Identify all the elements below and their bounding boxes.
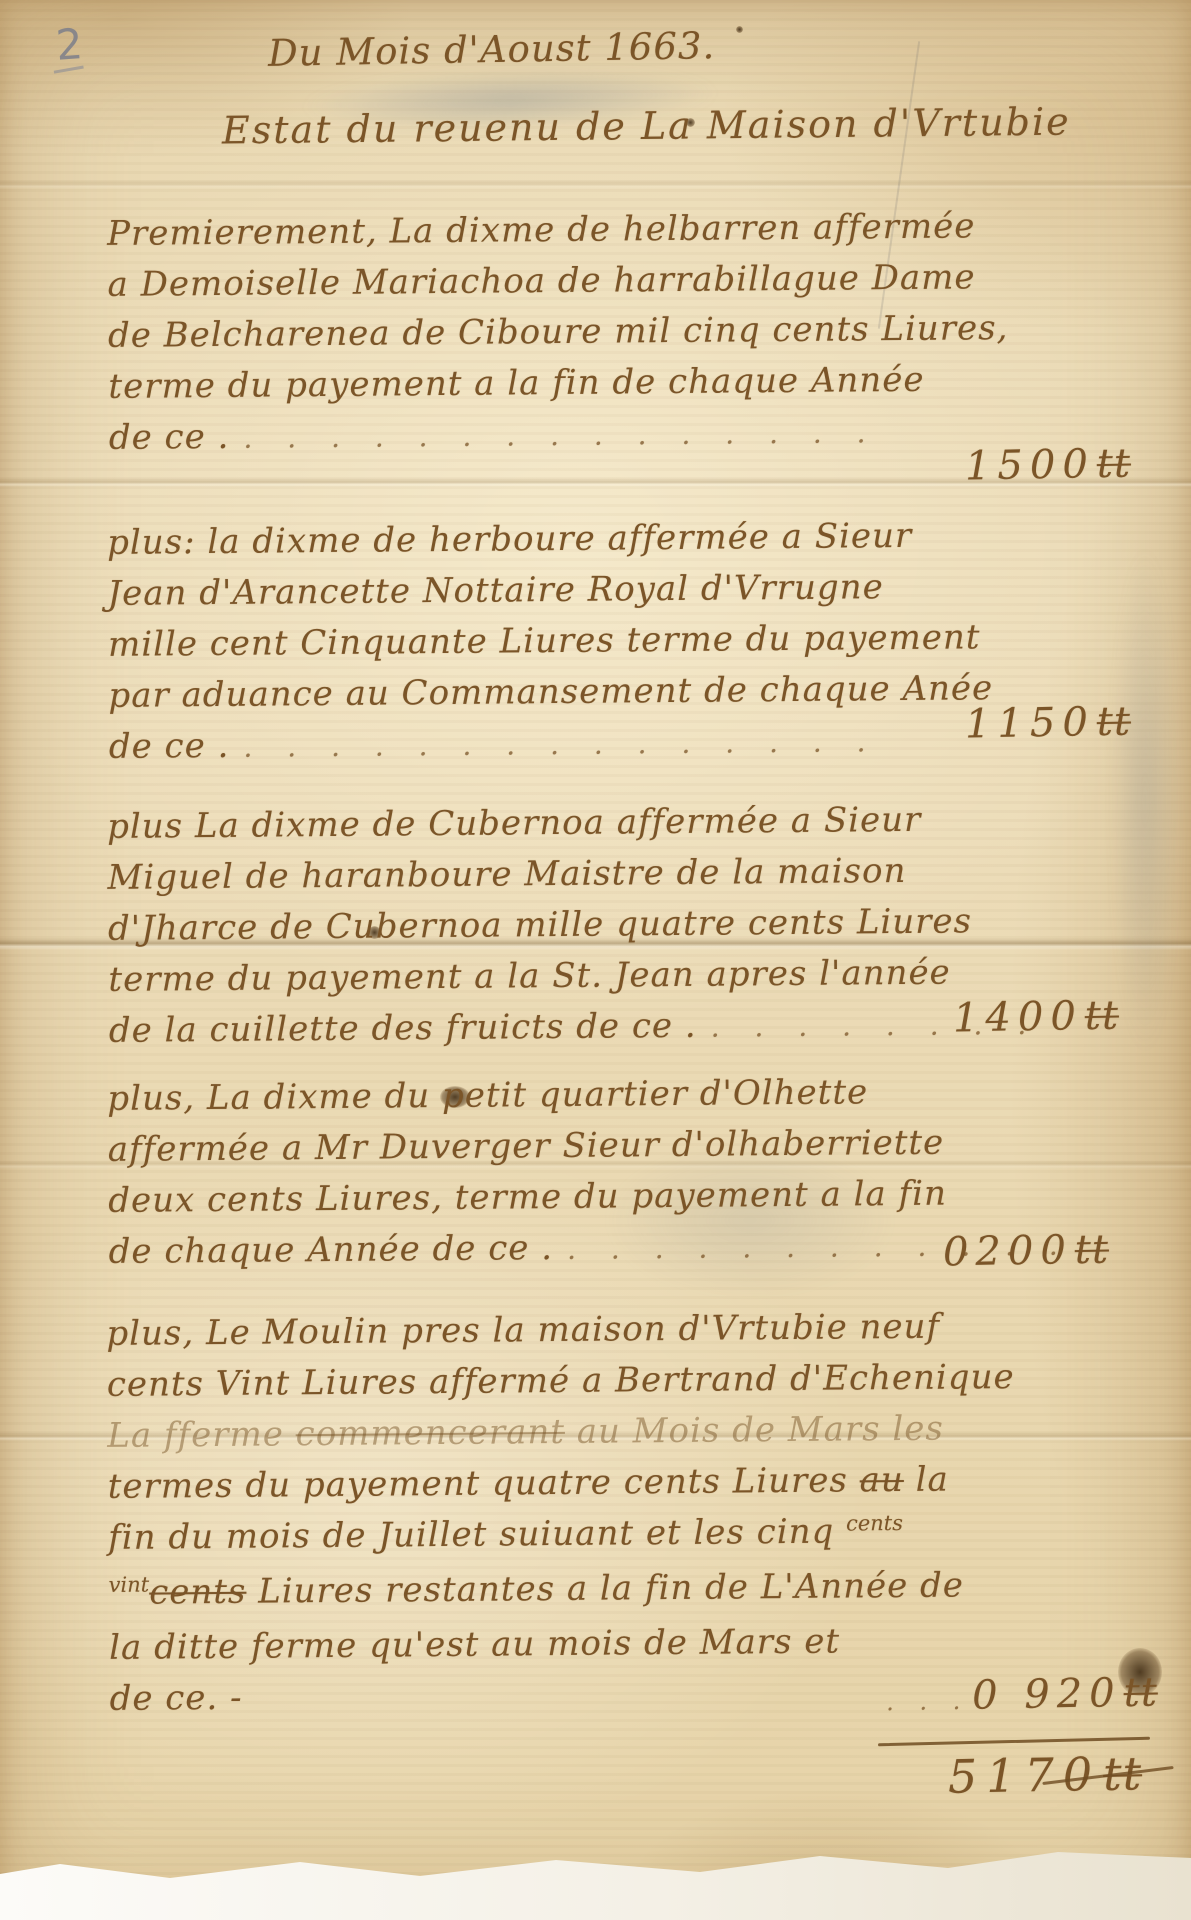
manuscript-line: Premierement, La dixme de helbarren affe… [107, 201, 1007, 260]
header-date: Du Mois d'Aoust 1663. [268, 24, 716, 75]
ink-speck [736, 26, 743, 33]
dot-leader: . . . . . . . . . . . . . . . [243, 416, 867, 454]
struck-word: cents [149, 1572, 247, 1613]
manuscript-line: cents Vint Liures affermé a Bertrand d'E… [107, 1352, 1007, 1411]
manuscript-line: plus La dixme de Cubernoa affermée a Sie… [107, 794, 1007, 853]
superscript-word: vint [109, 1573, 150, 1597]
amount-value: 1150 [965, 699, 1096, 747]
manuscript-line: d'Jharce de Cubernoa mille quatre cents … [108, 896, 1008, 955]
amount-value: 5170 [948, 1747, 1102, 1804]
amount-value: 1400 [953, 993, 1084, 1041]
line-text: La fferme [107, 1414, 296, 1456]
revenue-entry-3: plus La dixme de Cubernoa affermée a Sie… [107, 794, 1009, 1058]
subtotal-amount: . . .0 920tt [872, 1670, 1159, 1721]
struck-word: au [860, 1460, 905, 1500]
manuscript-line: mille cent Cinquante Liures terme du pay… [108, 612, 1008, 671]
manuscript-line: plus, La dixme du petit quartier d'Olhet… [107, 1066, 1007, 1125]
manuscript-line: terme du payement a la fin de chaque Ann… [108, 354, 1008, 413]
livre-unit: tt [1096, 441, 1131, 488]
revenue-entry-4: plus, La dixme du petit quartier d'Olhet… [107, 1066, 1009, 1279]
manuscript-line: Jean d'Arancette Nottaire Royal d'Vrrugn… [107, 561, 1007, 620]
manuscript-line: de la cuillette des fruicts de ce .. . .… [109, 998, 1009, 1058]
line-text: de la cuillette des fruicts de ce . [109, 1006, 697, 1051]
manuscript-scan: 2 Du Mois d'Aoust 1663. Estat du reuenu … [0, 0, 1191, 1920]
line-text: au Mois de Mars les [565, 1409, 944, 1452]
manuscript-line: de ce .. . . . . . . . . . . . . . . [109, 405, 1009, 465]
pencil-page-number: 2 [54, 19, 84, 70]
line-text: Liures restantes a la fin de L'Année de [246, 1565, 964, 1611]
dot-leader: . . . . . . . . . . . . . . . [243, 725, 867, 763]
manuscript-line: par aduance au Commansement de chaque An… [108, 663, 1008, 722]
manuscript-line: Miguel de haranboure Maistre de la maiso… [107, 845, 1007, 904]
manuscript-line: deux cents Liures, terme du payement a l… [108, 1168, 1008, 1227]
manuscript-line: de Belcharenea de Ciboure mil cinq cents… [108, 303, 1008, 362]
entry-amount-3: 1400tt [953, 993, 1120, 1042]
document-title: Estat du reuenu de La Maison d'Vrtubie [222, 100, 1071, 153]
manuscript-line: la ditte ferme qu'est au mois de Mars et [109, 1615, 1009, 1674]
line-text: de ce . [109, 417, 230, 458]
line-text: termes du payement quatre cents Liures [108, 1460, 860, 1507]
livre-unit: tt [1074, 1227, 1109, 1274]
revenue-entry-1: Premierement, La dixme de helbarren affe… [107, 201, 1009, 465]
amount-value: 0 920 [972, 1670, 1122, 1719]
amount-value: 0200 [943, 1227, 1074, 1275]
revenue-entry-2: plus: la dixme de herboure affermée a Si… [107, 510, 1009, 774]
livre-unit: tt [1096, 699, 1131, 746]
manuscript-line: termes du payement quatre cents Liures a… [108, 1454, 1008, 1513]
manuscript-line: terme du payement a la St. Jean apres l'… [108, 947, 1008, 1006]
superscript-word: cents [846, 1511, 903, 1535]
entry-amount-2: 1150tt [965, 699, 1132, 748]
line-text: de ce . [109, 726, 230, 767]
livre-unit: tt [1123, 1670, 1158, 1717]
manuscript-line: plus: la dixme de herboure affermée a Si… [107, 510, 1007, 569]
revenue-entry-5: plus, Le Moulin pres la maison d'Vrtubie… [106, 1301, 1010, 1725]
line-text: de chaque Année de ce . [109, 1228, 554, 1272]
dot-leader: . . . [886, 1687, 963, 1716]
entry-amount-1: 1500tt [965, 441, 1132, 490]
line-text: la [904, 1460, 949, 1500]
manuscript-line: plus, Le Moulin pres la maison d'Vrtubie… [106, 1301, 1006, 1360]
manuscript-line: de ce .. . . . . . . . . . . . . . . [109, 714, 1009, 774]
manuscript-line: fin du mois de Juillet suiuant et les ci… [108, 1505, 1008, 1568]
manuscript-line: affermée a Mr Duverger Sieur d'olhaberri… [108, 1117, 1008, 1176]
bleedthrough-smudge [1110, 540, 1180, 1060]
manuscript-line: vintcents Liures restantes a la fin de L… [108, 1560, 1008, 1623]
manuscript-line-faded: La fferme commencerant au Mois de Mars l… [107, 1403, 1007, 1462]
line-text: fin du mois de Juillet suiuant et les ci… [108, 1511, 846, 1557]
livre-unit: tt [1084, 993, 1119, 1040]
entry-amount-4: 0200tt [943, 1227, 1110, 1276]
struck-word: commencerant [296, 1412, 566, 1454]
manuscript-line: de chaque Année de ce .. . . . . . . . .… [108, 1219, 1008, 1279]
manuscript-line: a Demoiselle Mariachoa de harrabillague … [107, 252, 1007, 311]
amount-value: 1500 [965, 441, 1096, 489]
